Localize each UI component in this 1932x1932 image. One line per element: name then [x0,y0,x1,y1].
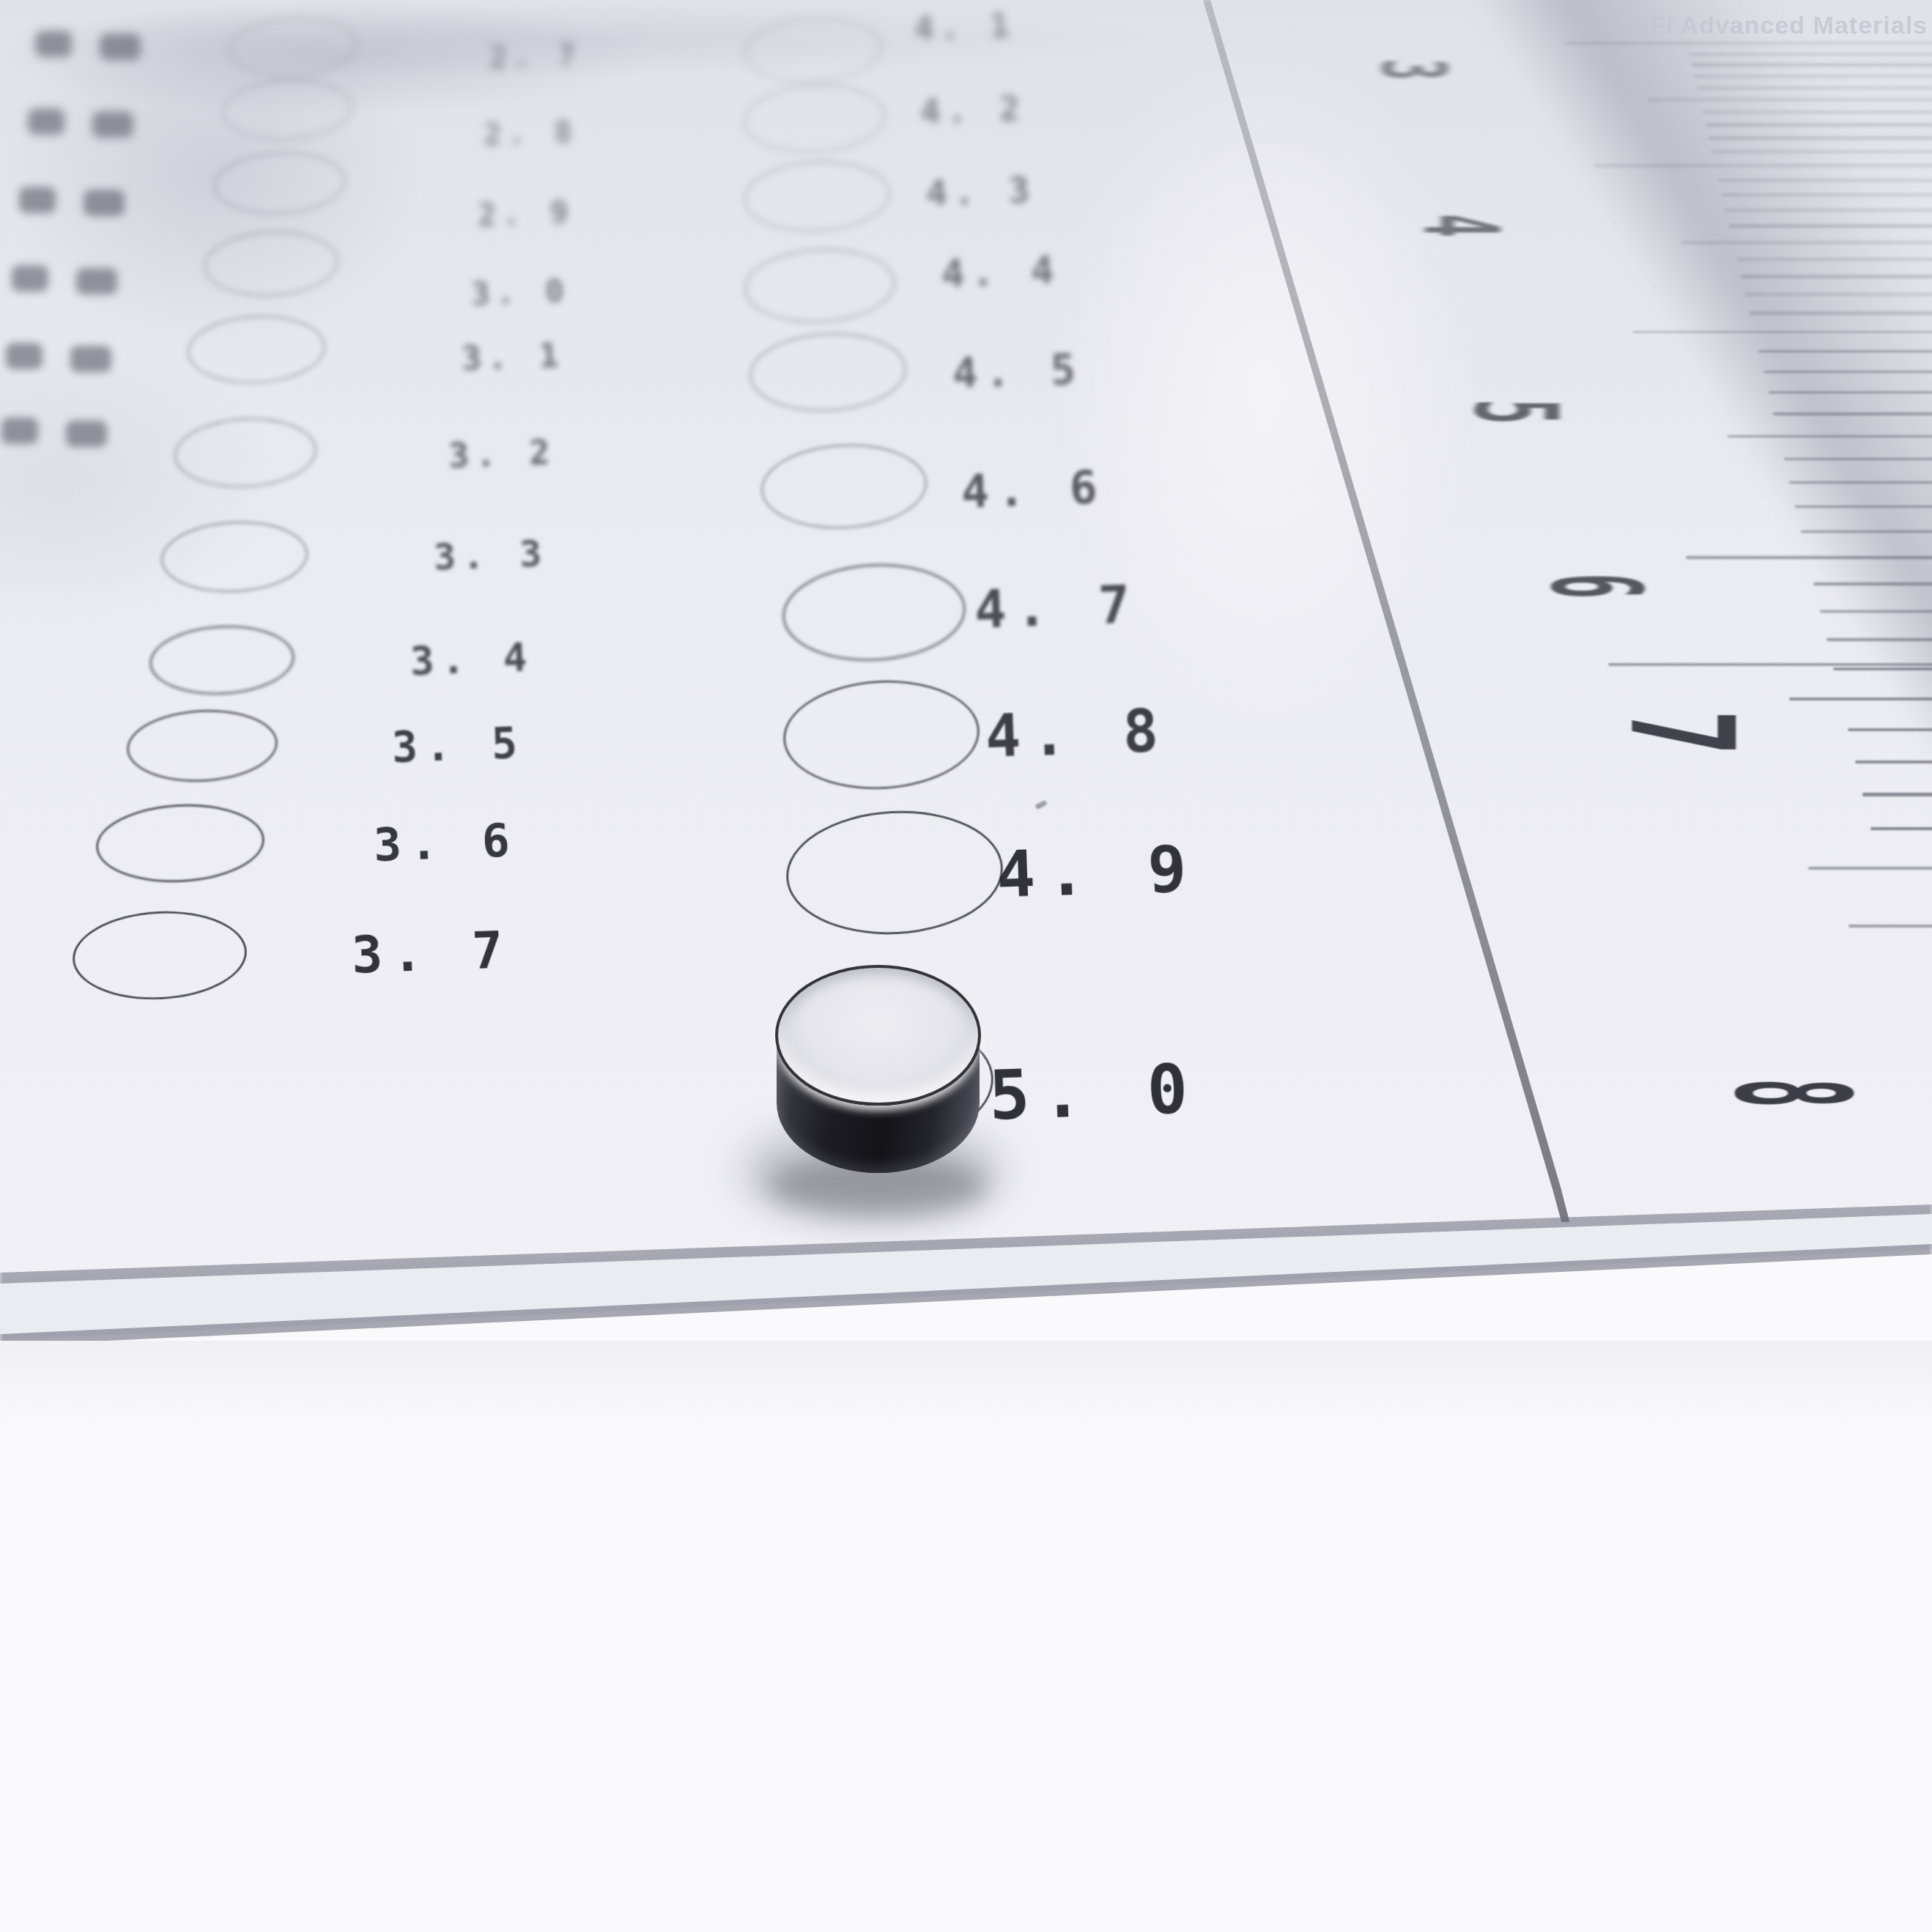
gauge-circle-41 [743,14,884,86]
gauge-circle-43 [742,158,892,235]
gauge-circle-33 [160,518,310,596]
ruler-tick-marks [0,0,1932,1932]
ruler-number-5: 5 [1459,399,1572,424]
gauge-circle-35 [125,706,280,786]
gauge-rows: 2. 72. 82. 93. 03. 13. 23. 33. 43. 53. 6… [0,0,1932,1932]
ruler-tick-long [1808,867,1932,870]
gauge-value-41: 4. 1 [914,10,1015,46]
plate-edge-line-bottom [0,0,1932,1932]
cutoff-label-blob [6,343,42,369]
cutoff-label-blob [19,187,56,213]
gauge-circle-32 [173,415,319,491]
gauge-value-32: 3. 2 [448,435,557,473]
gauge-circle-34 [148,622,297,698]
cutoff-label-blob [66,421,107,447]
gauge-value-43: 4. 3 [925,172,1037,211]
cutoff-label-blob [28,108,64,135]
watermark-text: NFi Advanced Materials [1632,12,1928,40]
gauge-circle-31 [186,312,327,387]
gauge-value-50: 5. 0 [988,1056,1201,1130]
disc-top-face [775,965,981,1106]
ruler-number-4: 4 [1408,214,1511,237]
gauge-value-46: 4. 6 [961,464,1106,515]
ruler-number-3: 3 [1369,59,1457,81]
gauge-circle-47 [780,560,969,666]
gauge-value-49: 4. 9 [996,836,1199,908]
ruler-tick [1870,827,1932,830]
ruler-tick [1855,760,1932,763]
cutoff-label-blob [70,346,111,372]
gauge-circle-44 [743,245,897,327]
gauge-value-45: 4. 5 [952,349,1084,395]
gauge-circle-42 [742,81,888,156]
gauge-value-37: 3. 7 [351,924,513,981]
gauge-circle-45 [747,329,908,415]
photo-stage: 345678 2. 72. 82. 93. 03. 13. 23. 33. 43… [0,0,1932,1932]
gauge-value-36: 3. 6 [373,817,519,868]
gauge-value-33: 3. 3 [433,535,549,575]
gauge-value-42: 4. 2 [919,92,1026,129]
cutoff-label-blob [12,265,48,292]
gauge-value-47: 4. 7 [974,577,1141,636]
gauge-value-31: 3. 1 [461,338,565,375]
gauge-card-plate [0,0,1932,1932]
gauge-circle-29 [212,149,347,217]
ruler-number-7: 7 [1610,710,1753,755]
gauge-value-48: 4. 8 [985,702,1170,767]
gauge-value-28: 2. 8 [483,116,578,149]
plate-edge-line-top [0,0,1932,1932]
gauge-value-34: 3. 4 [410,637,535,681]
cutoff-left-labels [0,0,1932,1932]
gauge-value-29: 2. 9 [477,197,574,232]
ruler-tick [1862,793,1932,796]
gauge-circle-36 [94,800,266,887]
cutoff-label-blob [35,31,72,57]
gauge-circle-46 [759,440,929,533]
gauge-circle-30 [202,228,340,300]
gauge-circle-27 [227,14,359,79]
gauge-value-27: 2. 7 [489,41,581,73]
gauge-circle-37 [70,907,249,1004]
ruler-tick-long [1848,925,1932,928]
cutoff-label-blob [1,418,38,444]
ruler-number-6: 6 [1533,574,1658,599]
gauge-circle-48 [780,676,982,794]
ruler-numbers: 345678 [0,0,1932,1932]
cutoff-label-blob [84,190,125,216]
cutoff-label-blob [100,34,141,60]
cutoff-label-blob [76,268,117,295]
gauge-value-35: 3. 5 [391,722,525,769]
scratch-speck [1035,800,1047,810]
gauge-value-44: 4. 4 [941,251,1061,294]
ruler-number-8: 8 [1713,1079,1870,1108]
gauge-circle-28 [221,76,354,143]
gauge-value-30: 3. 0 [470,275,570,311]
table-surface [0,1341,1932,1932]
cutoff-label-blob [92,111,133,138]
gauge-circle-49 [783,805,1006,939]
card-border-line [0,0,1932,1932]
ruler-blurred-edge [1448,0,1932,1029]
plate-edge-face [0,0,1932,1932]
